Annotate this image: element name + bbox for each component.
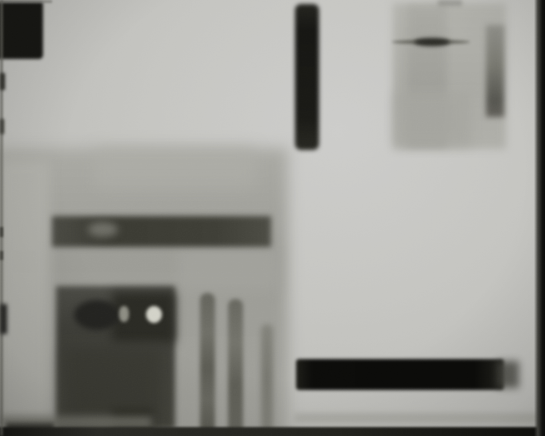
panel-mottle — [395, 92, 471, 146]
panel-top-nub — [438, 0, 462, 6]
gray-panel — [393, 3, 506, 149]
left-edge-dash-2 — [0, 119, 4, 134]
eye-left-glint — [119, 306, 129, 322]
stripe-3 — [261, 324, 273, 432]
square-shadow-blob — [112, 292, 175, 342]
bottom-left-smudge — [0, 416, 152, 429]
dark-cross-band — [52, 216, 271, 247]
panel-streak-core — [414, 38, 450, 46]
black-vertical-bar — [295, 4, 319, 150]
left-edge-dash-1 — [0, 73, 5, 90]
left-edge-dash-4 — [0, 251, 3, 260]
left-frame-line — [0, 0, 3, 436]
left-edge-blob — [0, 304, 7, 334]
corner-black-square — [0, 2, 43, 59]
shapes-layer — [0, 0, 545, 436]
dark-square — [56, 286, 175, 429]
panel-streak-thin — [392, 40, 470, 44]
stripe-2 — [228, 299, 243, 436]
bottom-frame-band — [0, 427, 545, 436]
vignette — [0, 0, 545, 436]
under-bar-smudge — [294, 413, 542, 423]
square-lower-shade — [64, 348, 162, 426]
panel-inner-stripe — [407, 5, 447, 147]
panel-right-bar — [486, 25, 504, 117]
band-highlight-blob — [88, 222, 118, 237]
region-top-wedge — [95, 148, 255, 188]
stripe-1 — [200, 293, 215, 436]
bar-right-fade — [497, 361, 519, 388]
gap-light-patch — [178, 248, 278, 290]
square-bottom-nub — [112, 410, 152, 430]
right-frame-edge — [534, 0, 545, 436]
film-frame — [0, 0, 545, 436]
bottom-left-dash — [6, 423, 54, 430]
black-horizontal-bar — [296, 359, 504, 390]
base-light-field — [0, 0, 545, 436]
square-dark-ellipse — [74, 300, 120, 330]
corner-square-top-shade — [0, 0, 52, 3]
eye-right-glint — [146, 306, 162, 323]
left-edge-dash-3 — [0, 227, 3, 237]
left-light-strip — [0, 160, 50, 436]
lower-left-field — [0, 148, 288, 436]
